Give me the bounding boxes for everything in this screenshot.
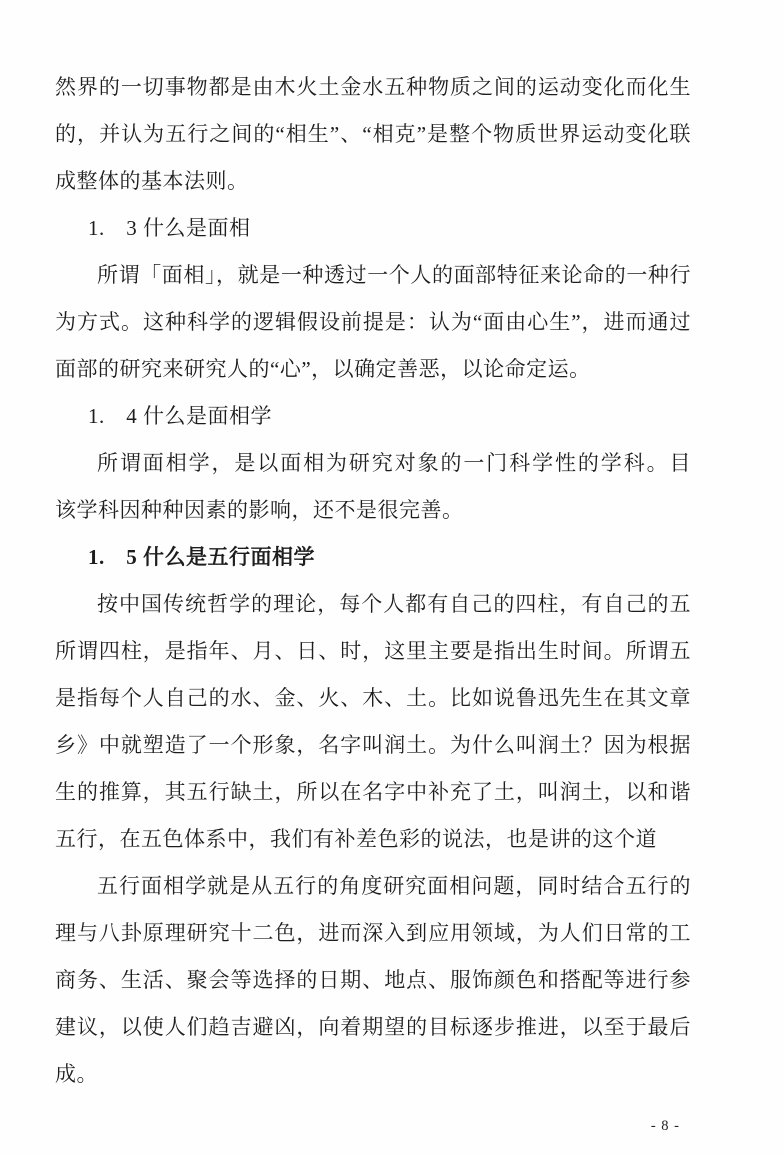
text-line: 的，并认为五行之间的“相生”、“相克”是整个物质世界运动变化联结 bbox=[55, 111, 691, 158]
page-number: - 8 - bbox=[651, 1118, 680, 1135]
text-line: 五行面相学就是从五行的角度研究面相问题，同时结合五行的原 bbox=[55, 863, 691, 910]
text-line: 所谓四柱，是指年、月、日、时，这里主要是指出生时间。所谓五行， bbox=[55, 628, 691, 675]
document-page: 然界的一切事物都是由木火土金水五种物质之间的运动变化而化生的，并认为五行之间的“… bbox=[0, 0, 784, 1155]
document-body: 然界的一切事物都是由木火土金水五种物质之间的运动变化而化生的，并认为五行之间的“… bbox=[55, 64, 691, 1098]
text-line: 该学科因种种因素的影响，还不是很完善。 bbox=[55, 487, 691, 534]
text-line: 成。 bbox=[55, 1051, 691, 1098]
section-heading: 1. 4 什么是面相学 bbox=[55, 393, 691, 440]
text-line: 建议，以使人们趋吉避凶，向着期望的目标逐步推进，以至于最后达 bbox=[55, 1004, 691, 1051]
section-heading: 1. 5 什么是五行面相学 bbox=[55, 534, 691, 581]
text-line: 成整体的基本法则。 bbox=[55, 158, 691, 205]
text-line: 所谓面相学，是以面相为研究对象的一门科学性的学科。目前， bbox=[55, 440, 691, 487]
text-line: 面部的研究来研究人的“心”，以确定善恶，以论命定运。 bbox=[55, 346, 691, 393]
text-line: 理与八卦原理研究十二色，进而深入到应用领域，为人们日常的工作、 bbox=[55, 910, 691, 957]
text-line: 商务、生活、聚会等选择的日期、地点、服饰颜色和搭配等进行参考 bbox=[55, 957, 691, 1004]
text-line: 所谓「面相」，就是一种透过一个人的面部特征来论命的一种行 bbox=[55, 252, 691, 299]
text-line: 五行，在五色体系中，我们有补差色彩的说法，也是讲的这个道理。 bbox=[55, 816, 691, 863]
text-line: 是指每个人自己的水、金、火、木、土。比如说鲁迅先生在其文章《故 bbox=[55, 675, 691, 722]
text-line: 为方式。这种科学的逻辑假设前提是：认为“面由心生”，进而通过 bbox=[55, 299, 691, 346]
section-heading: 1. 3 什么是面相 bbox=[55, 205, 691, 252]
text-line: 然界的一切事物都是由木火土金水五种物质之间的运动变化而化生 bbox=[55, 64, 691, 111]
text-line: 乡》中就塑造了一个形象，名字叫润土。为什么叫润土？因为根据先 bbox=[55, 722, 691, 769]
text-line: 按中国传统哲学的理论，每个人都有自己的四柱，有自己的五行。 bbox=[55, 581, 691, 628]
text-line: 生的推算，其五行缺土，所以在名字中补充了土，叫润土，以和谐其 bbox=[55, 769, 691, 816]
